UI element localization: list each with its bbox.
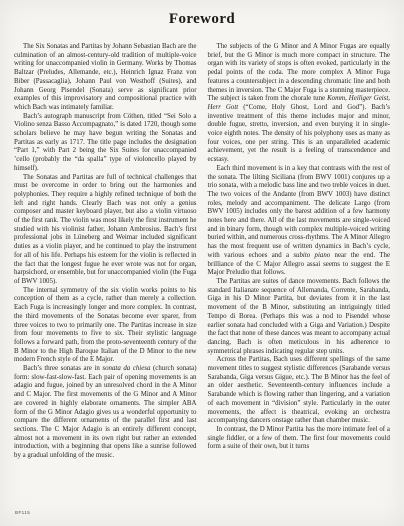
page-title: Foreword <box>0 0 404 28</box>
text-columns: The Six Sonatas and Partitas by Johann S… <box>0 28 404 461</box>
paragraph: The subjects of the G Minor and A Minor … <box>208 43 391 165</box>
paragraph: The internal symmetry of the six violin … <box>14 287 197 365</box>
paragraph: Each third movement is in a key that con… <box>208 165 391 278</box>
paragraph: Bach’s three sonatas are in sonata da ch… <box>14 365 197 461</box>
left-column: The Six Sonatas and Partitas by Johann S… <box>14 43 197 461</box>
paragraph: The Sonatas and Partitas are full of tec… <box>14 174 197 287</box>
right-column: The subjects of the G Minor and A Minor … <box>208 43 391 461</box>
plate-number: BF115 <box>15 510 30 515</box>
paragraph: In contrast, the D Minor Partita has the… <box>208 426 391 452</box>
paragraph: The Partitas are suites of dance movemen… <box>208 278 391 356</box>
paragraph: Bach’s autograph manuscript from Cöthen,… <box>14 113 197 174</box>
paragraph: Across the Partitas, Bach uses different… <box>208 356 391 426</box>
book-page: Foreword The Six Sonatas and Partitas by… <box>0 0 404 526</box>
paragraph: The Six Sonatas and Partitas by Johann S… <box>14 43 197 113</box>
